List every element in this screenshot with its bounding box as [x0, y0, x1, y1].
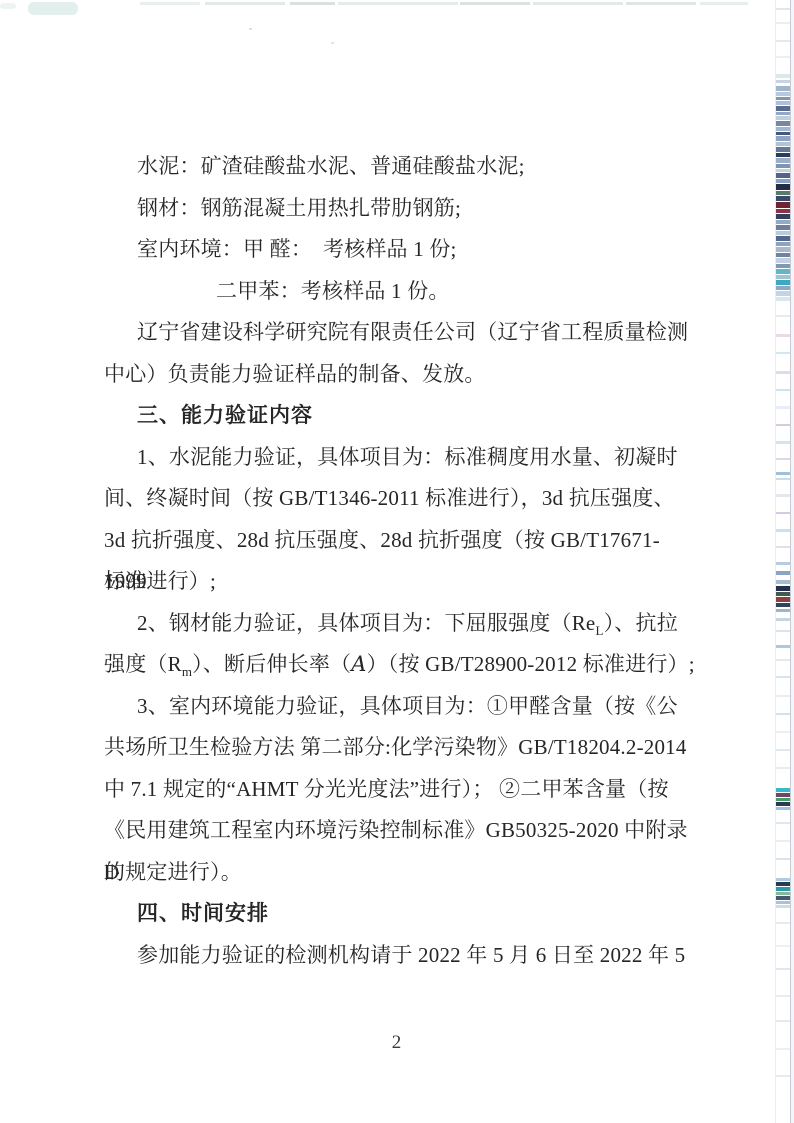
scan-noise-segment — [776, 147, 790, 152]
scan-noise-segment — [776, 713, 790, 715]
scan-noise-segment — [776, 97, 790, 100]
top-edge-line-segment — [626, 2, 696, 5]
scan-noise-segment — [776, 659, 790, 661]
scan-noise-segment — [776, 676, 790, 678]
text-line: 强度（Rm）、断后伸长率（A）（按 GB/T28900-2012 标准进行）; — [104, 644, 700, 686]
text-line: 2、钢材能力验证，具体项目为：下屈服强度（ReL）、抗拉 — [104, 603, 700, 645]
scan-noise-segment — [776, 892, 790, 895]
top-edge-line-segment — [205, 2, 285, 5]
text-line: 室内环境：甲 醛： 考核样品 1 份; — [104, 229, 700, 271]
scan-noise-segment — [776, 618, 790, 621]
top-edge-line-segment — [700, 2, 748, 5]
scan-noise-segment — [776, 291, 790, 296]
text-run: 2、钢材能力验证，具体项目为：下屈服强度（Re — [137, 611, 595, 635]
scan-noise-segment — [776, 1075, 790, 1077]
scan-noise-segment — [776, 767, 790, 769]
top-edge-line-segment — [533, 2, 623, 5]
top-edge-line-segment — [140, 2, 200, 5]
scan-noise-segment — [776, 922, 790, 924]
text-run: 水泥：矿渣硅酸盐水泥、普通硅酸盐水泥; — [137, 154, 525, 178]
scan-noise-segment — [776, 529, 790, 532]
scan-noise-segment — [776, 121, 790, 126]
scan-noise-segment — [776, 472, 790, 475]
text-line: 辽宁省建设科学研究院有限责任公司（辽宁省工程质量检测 — [104, 312, 700, 354]
scan-noise-segment — [776, 127, 790, 131]
text-run: 三、能力验证内容 — [137, 403, 313, 427]
scan-noise-segment — [776, 136, 790, 141]
scan-noise-segment — [776, 269, 790, 274]
text-run: 辽宁省建设科学研究院有限责任公司（辽宁省工程质量检测 — [137, 320, 688, 344]
scan-noise-segment — [776, 112, 790, 115]
scan-noise-segment — [776, 512, 790, 514]
scanned-document-page: 水泥：矿渣硅酸盐水泥、普通硅酸盐水泥;钢材：钢筋混凝土用热扎带肋钢筋;室内环境：… — [0, 0, 794, 1123]
top-edge-line-segment — [460, 2, 530, 5]
scan-noise-segment — [776, 142, 790, 146]
scan-noise-segment — [776, 116, 790, 120]
scan-noise-segment — [776, 968, 790, 970]
scan-noise-segment — [776, 173, 790, 178]
top-edge-line-segment — [290, 2, 335, 5]
scan-noise-segment — [776, 802, 790, 806]
scan-noise-segment — [776, 478, 790, 480]
scan-noise-segment — [776, 389, 790, 391]
scan-noise-segment — [776, 236, 790, 241]
page-edge-inner-line — [775, 0, 776, 1123]
scan-noise-segment — [776, 196, 790, 201]
scan-noise-segment — [776, 609, 790, 612]
text-run: 1、水泥能力验证，具体项目为：标准稠度用水量、初凝时 — [137, 445, 678, 469]
scan-noise-segment — [776, 580, 790, 584]
scan-noise-segment — [776, 106, 790, 111]
scan-noise-segment — [776, 645, 790, 648]
text-run: 室内环境：甲 醛： 考核样品 1 份; — [137, 237, 457, 261]
scan-noise-segment — [776, 280, 790, 285]
scan-noise-segment — [776, 191, 790, 195]
text-line: 3d 抗折强度、28d 抗压强度、28d 抗折强度（按 GB/T17671-19… — [104, 520, 700, 562]
text-line: 3、室内环境能力验证，具体项目为：①甲醛含量（按《公 — [104, 686, 700, 728]
scan-noise-segment — [776, 887, 790, 891]
scan-noise-segment — [776, 840, 790, 842]
scan-noise-segment — [776, 858, 790, 860]
scan-noise-segment — [776, 315, 790, 317]
scan-noise-segment — [776, 793, 790, 797]
scan-noise-segment — [776, 86, 790, 91]
scan-noise-segment — [776, 731, 790, 733]
text-line: 《民用建筑工程室内环境污染控制标准》GB50325-2020 中附录 D — [104, 810, 700, 852]
scan-noise-segment — [776, 179, 790, 183]
scan-noise-segment — [776, 22, 790, 24]
text-line: 共场所卫生检验方法 第二部分:化学污染物》GB/T18204.2-2014 — [104, 727, 700, 769]
text-line: 中心）负责能力验证样品的制备、发放。 — [104, 354, 700, 396]
text-line: 的规定进行）。 — [104, 852, 700, 894]
scan-noise-segment — [776, 164, 790, 168]
scan-noise-segment — [776, 80, 790, 83]
text-line: 标准进行）; — [104, 561, 700, 603]
text-run: 标准进行）; — [104, 569, 216, 593]
scan-noise-segment — [776, 92, 790, 96]
top-edge-line-segment — [338, 2, 458, 5]
text-run: 中 7.1 规定的“AHMT 分光光度法”进行）； ②二甲苯含量（按 — [104, 777, 669, 801]
text-run: m — [182, 664, 192, 679]
scan-noise-segment — [776, 169, 790, 172]
text-line: 钢材：钢筋混凝土用热扎带肋钢筋; — [104, 188, 700, 230]
section-heading-4: 四、时间安排 — [104, 893, 700, 935]
scan-noise-segment — [776, 562, 790, 565]
scan-noise-segment — [776, 371, 790, 374]
scan-noise-segment — [776, 184, 790, 190]
text-line: 参加能力验证的检测机构请于 2022 年 5 月 6 日至 2022 年 5 — [104, 935, 700, 977]
scan-noise-segment — [776, 74, 790, 78]
scan-noise-segment — [776, 158, 790, 163]
text-run: 强度（R — [104, 652, 182, 676]
scan-noise-segment — [776, 40, 790, 42]
scan-noise-segment — [776, 258, 790, 263]
text-run: 共场所卫生检验方法 第二部分:化学污染物》GB/T18204.2-2014 — [104, 735, 687, 759]
scan-noise-segment — [776, 945, 790, 947]
text-run: A — [351, 652, 366, 676]
scan-noise-segment — [776, 406, 790, 409]
text-run: 间、终凝时间（按 GB/T1346-2011 标准进行），3d 抗压强度、 — [104, 486, 675, 510]
text-line: 1、水泥能力验证，具体项目为：标准稠度用水量、初凝时 — [104, 437, 700, 479]
scan-noise-segment — [776, 571, 790, 575]
scan-noise-segment — [776, 807, 790, 810]
text-run: 二甲苯：考核样品 1 份。 — [216, 279, 450, 303]
scan-noise-segment — [776, 597, 790, 602]
scan-noise-segment — [776, 209, 790, 213]
scan-noise-segment — [776, 424, 790, 426]
scan-noise-segment — [776, 822, 790, 824]
scan-noise-segment — [776, 896, 790, 900]
text-run: ）、断后伸长率（ — [192, 652, 351, 676]
scan-noise-segment — [776, 749, 790, 751]
scan-noise-segment — [776, 264, 790, 268]
text-run: 钢材：钢筋混凝土用热扎带肋钢筋; — [137, 196, 461, 220]
scan-noise-segment — [776, 231, 790, 235]
scan-noise-segment — [776, 882, 790, 886]
text-run: L — [595, 623, 603, 638]
scan-noise-segment — [776, 275, 790, 279]
text-run: 中心）负责能力验证样品的制备、发放。 — [104, 362, 486, 386]
scan-noise-segment — [776, 202, 790, 208]
scan-noise-segment — [776, 8, 790, 10]
scan-noise-segment — [776, 225, 790, 230]
section-heading-3: 三、能力验证内容 — [104, 395, 700, 437]
scan-speck — [331, 42, 334, 44]
scan-noise-segment — [776, 56, 790, 58]
text-run: ）、抗拉 — [604, 611, 678, 635]
text-run: 参加能力验证的检测机构请于 2022 年 5 月 6 日至 2022 年 5 — [137, 943, 685, 967]
scan-noise-segment — [776, 441, 790, 444]
scan-noise-segment — [776, 458, 790, 460]
scan-smudge — [28, 2, 78, 15]
text-line: 水泥：矿渣硅酸盐水泥、普通硅酸盐水泥; — [104, 146, 700, 188]
text-line: 中 7.1 规定的“AHMT 分光光度法”进行）； ②二甲苯含量（按 — [104, 769, 700, 811]
scan-noise-segment — [776, 220, 790, 224]
text-line: 二甲苯：考核样品 1 份。 — [104, 271, 700, 313]
scan-noise-segment — [776, 798, 790, 801]
scan-noise-segment — [776, 253, 790, 257]
scan-noise-segment — [776, 603, 790, 607]
scan-noise-segment — [776, 494, 790, 497]
scan-noise-segment — [776, 101, 790, 105]
scan-noise-segment — [776, 297, 790, 301]
text-run: 3、室内环境能力验证，具体项目为：①甲醛含量（按《公 — [137, 694, 678, 718]
scan-speck — [249, 28, 252, 30]
text-run: 的规定进行）。 — [104, 860, 242, 884]
text-run: ）（按 GB/T28900-2012 标准进行）; — [367, 652, 695, 676]
scan-noise-segment — [776, 878, 790, 881]
scan-noise-segment — [776, 334, 790, 337]
scan-noise-segment — [776, 788, 790, 792]
scan-noise-segment — [776, 546, 790, 548]
scan-noise-segment — [776, 592, 790, 596]
text-line: 间、终凝时间（按 GB/T1346-2011 标准进行），3d 抗压强度、 — [104, 478, 700, 520]
scan-smudge — [0, 3, 16, 9]
scan-noise-segment — [776, 901, 790, 904]
scan-noise-segment — [776, 247, 790, 252]
scan-noise-segment — [776, 1020, 790, 1022]
scan-noise-segment — [776, 1048, 790, 1050]
scan-noise-segment — [776, 352, 790, 354]
scan-noise-segment — [776, 905, 790, 908]
scan-noise-segment — [776, 586, 790, 591]
scan-noise-segment — [776, 214, 790, 219]
scan-noise-segment — [776, 630, 790, 632]
page-number: 2 — [0, 1032, 794, 1054]
document-body: 水泥：矿渣硅酸盐水泥、普通硅酸盐水泥;钢材：钢筋混凝土用热扎带肋钢筋;室内环境：… — [104, 146, 700, 976]
scan-noise-segment — [776, 286, 790, 290]
scan-noise-segment — [776, 995, 790, 997]
scan-noise-segment — [776, 242, 790, 246]
scan-noise-segment — [776, 695, 790, 697]
text-run: 四、时间安排 — [137, 901, 269, 925]
scan-noise-segment — [776, 153, 790, 157]
scan-noise-segment — [776, 132, 790, 135]
